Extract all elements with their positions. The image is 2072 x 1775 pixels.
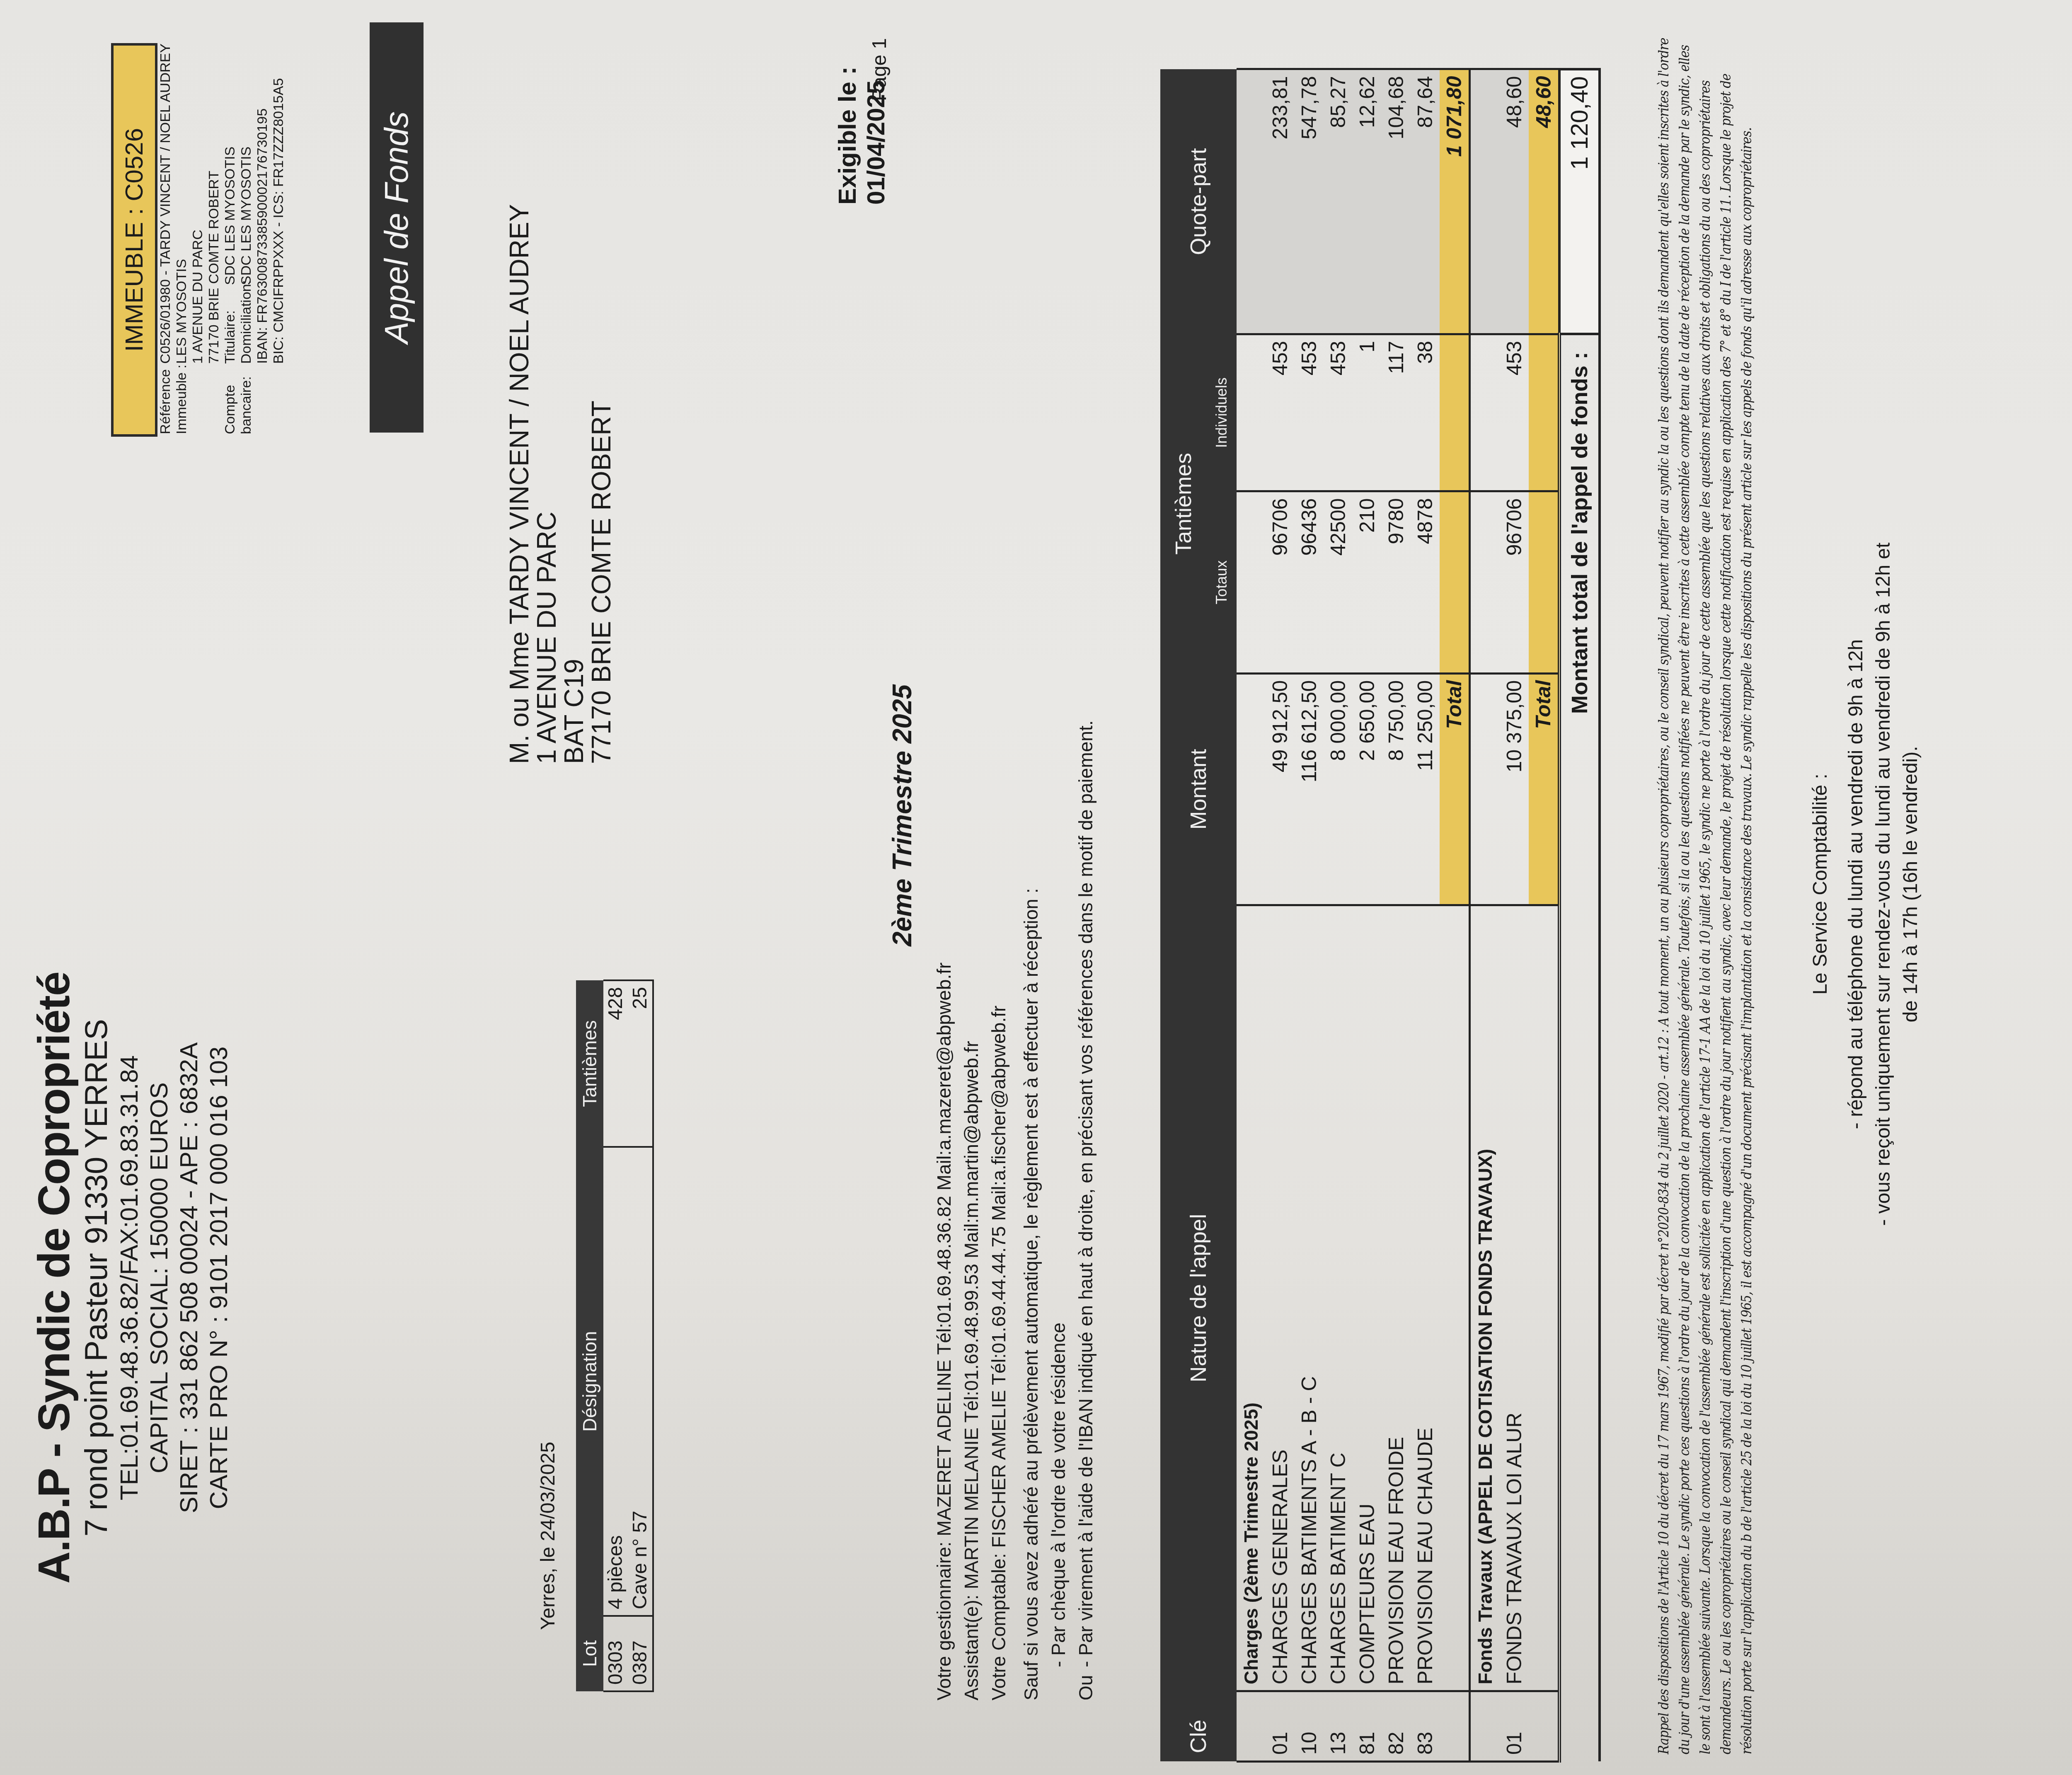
bancaire-label: bancaire: [238, 364, 254, 434]
lots-header-designation: Désignation [576, 1147, 603, 1616]
row-tantiemes-individuels: 453 [1266, 334, 1295, 491]
reference-label: Référence [157, 364, 174, 434]
table-row: 13CHARGES BATIMENT C8 000,004250045385,2… [1324, 69, 1353, 1762]
row-montant: 8 000,00 [1324, 673, 1353, 905]
appel-table-body: Charges (2ème Trimestre 2025)01CHARGES G… [1237, 69, 1600, 1762]
section-individuels-empty [1470, 334, 1500, 491]
section-cle-empty [1237, 1691, 1266, 1762]
header-montant: Montant [1160, 673, 1237, 905]
total-cle-empty [1440, 1691, 1470, 1762]
total-totaux-empty [1529, 491, 1559, 673]
domiciliation-label: Domiciliation: [238, 285, 254, 364]
section-totaux-empty [1470, 491, 1500, 673]
immeuble-line: LES MYOSOTIS [174, 259, 190, 364]
section-total-label: Total [1529, 673, 1559, 905]
row-nature: PROVISION EAU FROIDE [1382, 905, 1411, 1691]
table-row: 01FONDS TRAVAUX LOI ALUR10 375,009670645… [1500, 69, 1529, 1762]
section-title-row: Charges (2ème Trimestre 2025) [1237, 69, 1266, 1762]
iban: IBAN: FR7630087338590002176730195 [254, 109, 271, 364]
page-number: Page 1 [868, 38, 891, 101]
section-total-row: Total1 071,80 [1440, 69, 1470, 1762]
row-nature: CHARGES BATIMENT C [1324, 905, 1353, 1691]
lot-number: 0303 [603, 1616, 628, 1691]
row-quote-part: 104,68 [1382, 69, 1411, 334]
company-siret: SIRET : 331 862 508 00024 - APE : 6832A [174, 905, 204, 1651]
row-nature: CHARGES BATIMENTS A - B - C [1295, 905, 1324, 1691]
legal-notice: Rappel des dispositions de l'Article 10 … [1653, 35, 1757, 1754]
assistant-contact: Assistant(e): MARTIN MELANIE Tél:01.69.4… [958, 292, 985, 1700]
footer-service: Le Service Comptabilité : [1807, 532, 1834, 1236]
header-individuels: Individuels [1207, 334, 1237, 491]
reference-block: Référence C0526/01980 - TARDY VINCENT / … [157, 20, 287, 434]
row-cle: 81 [1353, 1691, 1382, 1762]
payment-intro: Sauf si vous avez adhéré au prélèvement … [1017, 292, 1045, 1700]
row-montant: 11 250,00 [1411, 673, 1440, 905]
row-tantiemes-totaux: 96706 [1500, 491, 1529, 673]
bic: BIC: CMCIFRPPXXX - ICS: FR17ZZZ8015A5 [271, 78, 287, 364]
immeuble-line: 1 AVENUE DU PARC [190, 230, 206, 364]
table-row: 82PROVISION EAU FROIDE8 750,009780117104… [1382, 69, 1411, 1762]
row-tantiemes-totaux: 4878 [1411, 491, 1440, 673]
row-quote-part: 547,78 [1295, 69, 1324, 334]
total-nature-empty [1529, 905, 1559, 1691]
row-nature: CHARGES GENERALES [1266, 905, 1295, 1691]
compte-label: Compte [222, 364, 238, 434]
row-quote-part: 12,62 [1353, 69, 1382, 334]
row-montant: 8 750,00 [1382, 673, 1411, 905]
row-tantiemes-individuels: 38 [1411, 334, 1440, 491]
comptable-contact: Votre Comptable: FISCHER AMELIE Tél:01.6… [985, 292, 1012, 1700]
footer: Le Service Comptabilité : - répond au té… [1807, 532, 1924, 1236]
grand-total-row: Montant total de l'appel de fonds :1 120… [1559, 69, 1600, 1762]
section-title: Fonds Travaux (APPEL DE COTISATION FONDS… [1470, 905, 1500, 1691]
row-cle: 83 [1411, 1691, 1440, 1762]
row-cle: 10 [1295, 1691, 1324, 1762]
section-quote-empty [1237, 69, 1266, 334]
company-capital: CAPITAL SOCIAL: 150000 EUROS [144, 905, 174, 1651]
row-quote-part: 85,27 [1324, 69, 1353, 334]
section-total-value: 48,60 [1529, 69, 1559, 334]
appel-table: Clé Nature de l'appel Montant Tantièmes … [1160, 68, 1601, 1763]
row-cle: 82 [1382, 1691, 1411, 1762]
recipient-line: 1 AVENUE DU PARC [533, 204, 560, 764]
row-cle: 01 [1266, 1691, 1295, 1762]
section-quote-empty [1470, 69, 1500, 334]
table-row: 10CHARGES BATIMENTS A - B - C116 612,509… [1295, 69, 1324, 1762]
titulaire-label: Titulaire: [222, 285, 238, 364]
row-montant: 10 375,00 [1500, 673, 1529, 905]
header-cle: Clé [1160, 1691, 1237, 1762]
header-tantiemes: Tantièmes [1160, 334, 1207, 673]
payment-or: Ou [1072, 1667, 1099, 1700]
section-total-row: Total48,60 [1529, 69, 1559, 1762]
section-montant-empty [1237, 673, 1266, 905]
row-tantiemes-totaux: 42500 [1324, 491, 1353, 673]
lot-tantiemes: 25 [628, 980, 653, 1147]
company-tel: TEL:01.69.48.36.82/FAX:01.69.83.31.84 [114, 905, 144, 1651]
titulaire-value: SDC LES MYOSOTIS [222, 147, 238, 285]
footer-phone-hours: - répond au téléphone du lundi au vendre… [1842, 532, 1870, 1236]
company-name: A.B.P - Syndic de Copropriété [29, 905, 79, 1651]
company-header: A.B.P - Syndic de Copropriété 7 rond poi… [29, 905, 234, 1651]
gestionnaire-contact: Votre gestionnaire: MAZERET ADELINE Tél:… [930, 292, 958, 1700]
footer-visit-hours: - vous reçoit uniquement sur rendez-vous… [1870, 532, 1924, 1236]
row-tantiemes-individuels: 1 [1353, 334, 1382, 491]
lot-row: 0387 Cave n° 57 25 [628, 980, 653, 1691]
payment-option-virement: - Par virement à l'aide de l'IBAN indiqu… [1072, 720, 1099, 1667]
row-quote-part: 233,81 [1266, 69, 1295, 334]
row-quote-part: 87,64 [1411, 69, 1440, 334]
row-tantiemes-totaux: 210 [1353, 491, 1382, 673]
recipient-address: M. ou Mme TARDY VINCENT / NOEL AUDREY 1 … [506, 204, 615, 764]
section-totaux-empty [1237, 491, 1266, 673]
contacts-block: Votre gestionnaire: MAZERET ADELINE Tél:… [930, 292, 1099, 1700]
payment-option-cheque: - Par chèque à l'ordre de votre résidenc… [1045, 292, 1072, 1700]
recipient-line: M. ou Mme TARDY VINCENT / NOEL AUDREY [506, 204, 533, 764]
row-nature: PROVISION EAU CHAUDE [1411, 905, 1440, 1691]
due-date: Exigible le : 01/04/2025 [833, 0, 890, 205]
section-individuels-empty [1237, 334, 1266, 491]
lot-row: 0303 4 pièces 428 [603, 980, 628, 1691]
section-title-row: Fonds Travaux (APPEL DE COTISATION FONDS… [1470, 69, 1500, 1762]
table-row: 83PROVISION EAU CHAUDE11 250,0048783887,… [1411, 69, 1440, 1762]
row-tantiemes-individuels: 453 [1324, 334, 1353, 491]
row-montant: 49 912,50 [1266, 673, 1295, 905]
lot-designation: Cave n° 57 [628, 1147, 653, 1616]
total-totaux-empty [1440, 491, 1470, 673]
section-title: Charges (2ème Trimestre 2025) [1237, 905, 1266, 1691]
company-address: 7 rond point Pasteur 91330 YERRES [79, 905, 114, 1651]
place-date: Yerres, le 24/03/2025 [537, 1441, 559, 1630]
lots-header-lot: Lot [576, 1616, 603, 1691]
immeuble-banner: IMMEUBLE : C0526 [111, 43, 157, 437]
reference-value: C0526/01980 - TARDY VINCENT / NOEL AUDRE… [157, 44, 174, 364]
immeuble-label: Immeuble : [174, 364, 190, 434]
section-cle-empty [1470, 1691, 1500, 1762]
row-tantiemes-totaux: 9780 [1382, 491, 1411, 673]
row-montant: 2 650,00 [1353, 673, 1382, 905]
row-quote-part: 48,60 [1500, 69, 1529, 334]
total-individuels-empty [1440, 334, 1470, 491]
section-montant-empty [1470, 673, 1500, 905]
lot-number: 0387 [628, 1616, 653, 1691]
section-total-label: Total [1440, 673, 1470, 905]
table-row: 81COMPTEURS EAU2 650,00210112,62 [1353, 69, 1382, 1762]
lots-header-tantiemes: Tantièmes [576, 980, 603, 1147]
document-page: A.B.P - Syndic de Copropriété 7 rond poi… [0, 0, 2072, 1775]
row-cle: 13 [1324, 1691, 1353, 1762]
row-tantiemes-individuels: 117 [1382, 334, 1411, 491]
row-nature: COMPTEURS EAU [1353, 905, 1382, 1691]
total-nature-empty [1440, 905, 1470, 1691]
row-nature: FONDS TRAVAUX LOI ALUR [1500, 905, 1529, 1691]
immeuble-line: 77170 BRIE COMTE ROBERT [206, 171, 222, 364]
total-cle-empty [1529, 1691, 1559, 1762]
document-title: Appel de Fonds [370, 22, 424, 433]
header-quote-part: Quote-part [1160, 69, 1237, 334]
row-tantiemes-totaux: 96706 [1266, 491, 1295, 673]
grand-total-value: 1 120,40 [1559, 69, 1600, 334]
row-cle: 01 [1500, 1691, 1529, 1762]
table-row: 01CHARGES GENERALES49 912,5096706453233,… [1266, 69, 1295, 1762]
lot-tantiemes: 428 [603, 980, 628, 1147]
recipient-line: 77170 BRIE COMTE ROBERT [588, 204, 615, 764]
lots-table: Lot Désignation Tantièmes 0303 4 pièces … [576, 979, 654, 1692]
company-carte-pro: CARTE PRO N° : 9101 2017 000 016 103 [204, 905, 234, 1651]
row-tantiemes-individuels: 453 [1500, 334, 1529, 491]
row-montant: 116 612,50 [1295, 673, 1324, 905]
header-nature: Nature de l'appel [1160, 905, 1237, 1691]
section-total-value: 1 071,80 [1440, 69, 1470, 334]
lot-designation: 4 pièces [603, 1147, 628, 1616]
total-individuels-empty [1529, 334, 1559, 491]
domiciliation-value: SDC LES MYOSOTIS [238, 147, 254, 285]
period-title: 2ème Trimestre 2025 [887, 684, 917, 946]
row-tantiemes-totaux: 96436 [1295, 491, 1324, 673]
recipient-line: BAT C19 [560, 204, 588, 764]
row-tantiemes-individuels: 453 [1295, 334, 1324, 491]
grand-total-label: Montant total de l'appel de fonds : [1559, 334, 1600, 1761]
header-totaux: Totaux [1207, 491, 1237, 673]
